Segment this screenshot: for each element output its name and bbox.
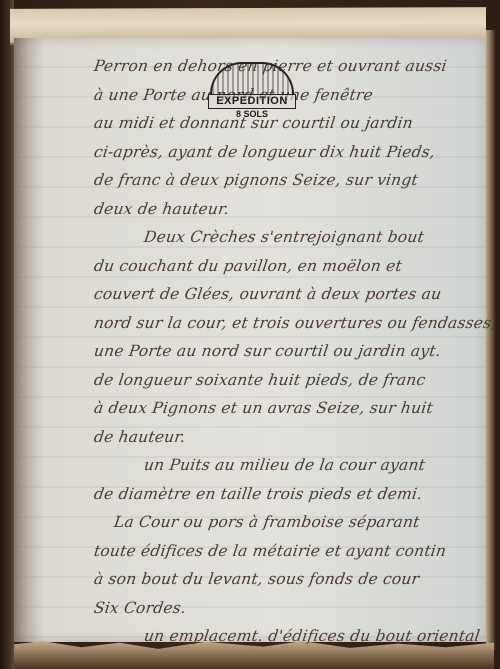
text-line: Six Cordes. xyxy=(92,594,496,623)
text-line: de hauteur. xyxy=(92,423,496,452)
expedition-tax-stamp: EXPEDITION 8 SOLS xyxy=(208,62,296,120)
text-line: de franc à deux pignons Seize, sur vingt xyxy=(92,166,496,195)
left-binding xyxy=(0,0,14,669)
stamp-label: EXPEDITION xyxy=(208,94,296,109)
text-line: toute édifices de la métairie et ayant c… xyxy=(92,537,496,566)
text-line: nord sur la cour, et trois ouvertures ou… xyxy=(92,309,496,338)
stamp-crown-emblem xyxy=(210,62,294,94)
text-line: à deux Pignons et un avras Seize, sur hu… xyxy=(92,394,496,423)
handwritten-text: Perron en dehors en pierre et ouvrant au… xyxy=(94,52,494,651)
paragraph-start-line: un Puits au milieu de la cour ayant xyxy=(92,451,496,480)
text-line: du couchant du pavillon, en moëlon et xyxy=(92,252,496,281)
stamp-price: 8 SOLS xyxy=(208,109,296,120)
text-line: de longueur soixante huit pieds, de fran… xyxy=(92,366,496,395)
text-line: ci-après, ayant de longueur dix huit Pie… xyxy=(92,138,496,167)
paragraph-start-line: Deux Crèches s'entrejoignant bout xyxy=(92,223,496,252)
text-line: à son bout du levant, sous fonds de cour xyxy=(92,565,496,594)
paragraph-start-line: un emplacemt. d'édifices du bout orienta… xyxy=(92,622,496,651)
paragraph-start-line: La Cour ou pors à framboise séparant xyxy=(92,508,496,537)
text-line: couvert de Glées, ouvrant à deux portes … xyxy=(92,280,496,309)
text-line: une Porte au nord sur courtil ou jardin … xyxy=(92,337,496,366)
text-line: de diamètre en taille trois pieds et dem… xyxy=(92,480,496,509)
text-line: deux de hauteur. xyxy=(92,195,496,224)
